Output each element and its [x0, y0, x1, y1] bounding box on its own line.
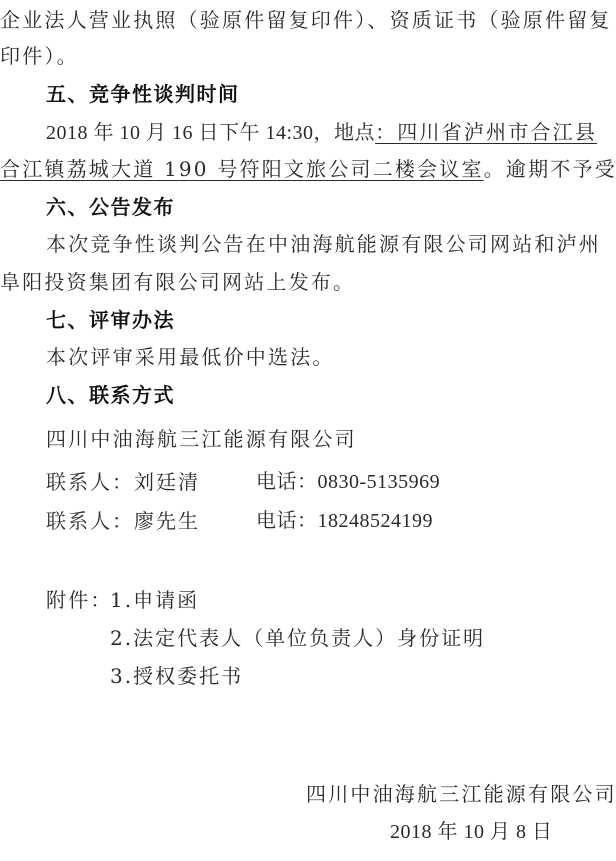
negotiation-time-line-2: 合江镇荔城大道 190 号符阳文旅公司二楼会议室。逾期不予受理。: [0, 155, 616, 183]
evaluation-line-1: 本次评审采用最低价中选法。: [46, 343, 335, 371]
negotiation-time-line-1: 2018 年 10 月 16 日下午 14:30，地点：四川省泸州市合江县: [46, 118, 597, 147]
contact-company: 四川中油海航三江能源有限公司: [46, 425, 357, 453]
announcement-line-2: 阜阳投资集团有限公司网站上发布。: [0, 268, 355, 296]
intro-line-1: 企业法人营业执照（验原件留复印件）、资质证书（验原件留复: [0, 6, 612, 34]
section-heading-contact: 八、联系方式: [46, 381, 175, 409]
contact-person: 联系人：刘廷清: [46, 470, 200, 494]
attachment-item: 3.授权委托书: [110, 662, 243, 690]
section-heading-announcement: 六、公告发布: [46, 193, 175, 221]
attachment-item: 1.申请函: [110, 586, 199, 614]
attachments-label: 附件：: [46, 586, 113, 614]
section-heading-evaluation: 七、评审办法: [46, 306, 175, 334]
contact-phone: 电话：0830-5135969: [256, 468, 440, 496]
negotiation-address-part-2: 合江镇荔城大道 190 号符阳文旅公司二楼会议室: [0, 157, 484, 181]
negotiation-address-part-1: ：四川省泸州市合江县: [375, 120, 597, 144]
signature-company: 四川中油海航三江能源有限公司: [306, 780, 616, 808]
signature-date: 2018 年 10 月 8 日: [390, 818, 553, 846]
announcement-line-1: 本次竞争性谈判公告在中油海航能源有限公司网站和泸州: [46, 230, 601, 258]
negotiation-date: 2018 年 10 月 16 日下午 14:30，地点: [46, 122, 375, 144]
contact-row: 联系人：廖先生 电话：18248524199: [46, 507, 200, 535]
section-heading-negotiation-time: 五、竞争性谈判时间: [46, 80, 240, 108]
contact-person: 联系人：廖先生: [46, 509, 200, 533]
intro-line-2: 印件）。: [0, 42, 79, 70]
attachment-item: 2.法定代表人（单位负责人）身份证明: [110, 624, 485, 652]
negotiation-deadline-note: 。逾期不予受理。: [484, 157, 616, 181]
contact-phone: 电话：18248524199: [256, 507, 433, 535]
contact-row: 联系人：刘廷清 电话：0830-5135969: [46, 468, 200, 496]
